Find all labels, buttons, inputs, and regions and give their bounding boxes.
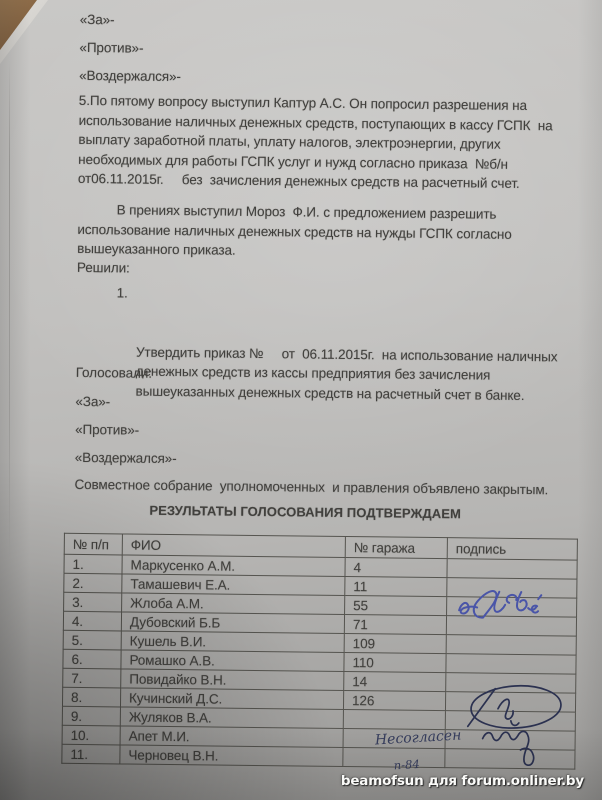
results-heading: РЕЗУЛЬТАТЫ ГОЛОСОВАНИЯ ПОДТВЕРЖДАЕМ: [64, 500, 546, 525]
vote-option-label: «Против»-: [79, 38, 181, 59]
handwritten-note-line1: Несогласен: [375, 727, 462, 748]
agenda-item-5-paragraph: 5.По пятому вопросу выступил Каптур А.С.…: [78, 91, 553, 194]
cell-garage-number: 71: [344, 614, 446, 634]
cell-row-number: 11.: [62, 744, 120, 764]
debate-paragraph: В прениях выступил Мороз Ф.И. с предложе…: [77, 200, 512, 263]
cell-row-number: 10.: [62, 725, 120, 745]
decision-item-number: 1.: [117, 283, 128, 303]
vote-option-label: «Против»-: [75, 420, 177, 441]
cell-row-number: 1.: [64, 554, 122, 574]
document-photo: «За»-«Против»-«Воздержался»- 5.По пятому…: [0, 0, 602, 800]
closing-line: Совместное собрание уполномоченных и пра…: [74, 475, 548, 500]
cell-row-number: 9.: [62, 706, 120, 726]
cell-row-number: 8.: [62, 687, 120, 707]
cell-garage-number: 11: [345, 576, 447, 596]
cell-garage-number: 55: [345, 595, 447, 615]
cell-row-number: 3.: [64, 592, 122, 612]
cell-full-name: Дубовский Б.Б: [121, 612, 344, 634]
cell-full-name: Маркусенко А.М.: [122, 555, 345, 577]
cell-signature: [445, 692, 575, 712]
cell-signature: [445, 749, 575, 769]
decision-item: 1. Утвердить приказ № от 06.11.2015г. на…: [115, 283, 558, 444]
cell-signature: [446, 635, 576, 655]
cell-full-name: Жуляков В.А.: [120, 707, 343, 729]
cell-garage-number: 126: [343, 690, 445, 710]
cell-signature: [447, 578, 577, 598]
header-row-number: № п/п: [64, 533, 122, 555]
cell-row-number: 7.: [63, 668, 121, 688]
header-full-name: ФИО: [122, 534, 345, 558]
vote-option-label: «За»-: [80, 10, 182, 31]
watermark-text: beamofsun для forum.onliner.by: [341, 773, 584, 789]
cell-full-name: Повидайко В.Н.: [121, 669, 344, 691]
cell-full-name: Тамашевич Е.А.: [122, 574, 345, 596]
decision-item-text: Утвердить приказ № от 06.11.2015г. на ис…: [135, 342, 557, 405]
cell-full-name: Апет М.И.: [120, 726, 343, 748]
header-garage-number: № гаража: [345, 536, 447, 558]
handwritten-note-line2: п-84: [393, 755, 463, 772]
cell-signature: [446, 673, 576, 693]
cell-full-name: Черновец В.Н.: [120, 745, 343, 767]
cell-signature: [445, 711, 575, 731]
cell-full-name: Ромашко А.В.: [121, 650, 344, 672]
cell-row-number: 4.: [63, 611, 121, 631]
voted-label: Голосовали:: [76, 363, 152, 383]
vote-options-bottom: «За»-«Против»-«Воздержался»-: [75, 392, 178, 477]
cell-full-name: Жлоба А.М.: [122, 593, 345, 615]
vote-option-label: «Воздержался»-: [75, 448, 177, 469]
cell-full-name: Кушель В.И.: [121, 631, 344, 653]
header-signature: подпись: [447, 538, 577, 560]
cell-signature: [446, 654, 576, 674]
paragraph-line: от06.11.2015г. без зачисления денежных с…: [78, 169, 552, 194]
paragraph-line: вышеуказанных денежных средств на расчет…: [135, 381, 557, 405]
results-table-body: 1.Маркусенко А.М.42.Тамашевич Е.А.113.Жл…: [62, 554, 577, 769]
cell-row-number: 5.: [63, 630, 121, 650]
cell-garage-number: 110: [344, 652, 446, 672]
cell-garage-number: 109: [344, 633, 446, 653]
cell-garage-number: 4: [345, 557, 447, 577]
cell-row-number: 6.: [63, 649, 121, 669]
cell-row-number: 2.: [64, 573, 122, 593]
cell-signature: [447, 597, 577, 617]
cell-signature: [447, 559, 577, 579]
results-table: № п/п ФИО № гаража подпись 1.Маркусенко …: [61, 533, 578, 770]
cell-signature: [446, 616, 576, 636]
vote-option-label: «За»-: [75, 392, 177, 413]
cell-garage-number: 14: [344, 671, 446, 691]
vote-option-label: «Воздержался»-: [79, 66, 181, 87]
vote-options-top: «За»-«Против»-«Воздержался»-: [79, 10, 182, 95]
cell-full-name: Кучинский Д.С.: [120, 688, 343, 710]
decided-label: Решили:: [77, 258, 130, 278]
document-content: «За»-«Против»-«Воздержался»- 5.По пятому…: [0, 0, 602, 800]
cell-signature: [445, 730, 575, 750]
